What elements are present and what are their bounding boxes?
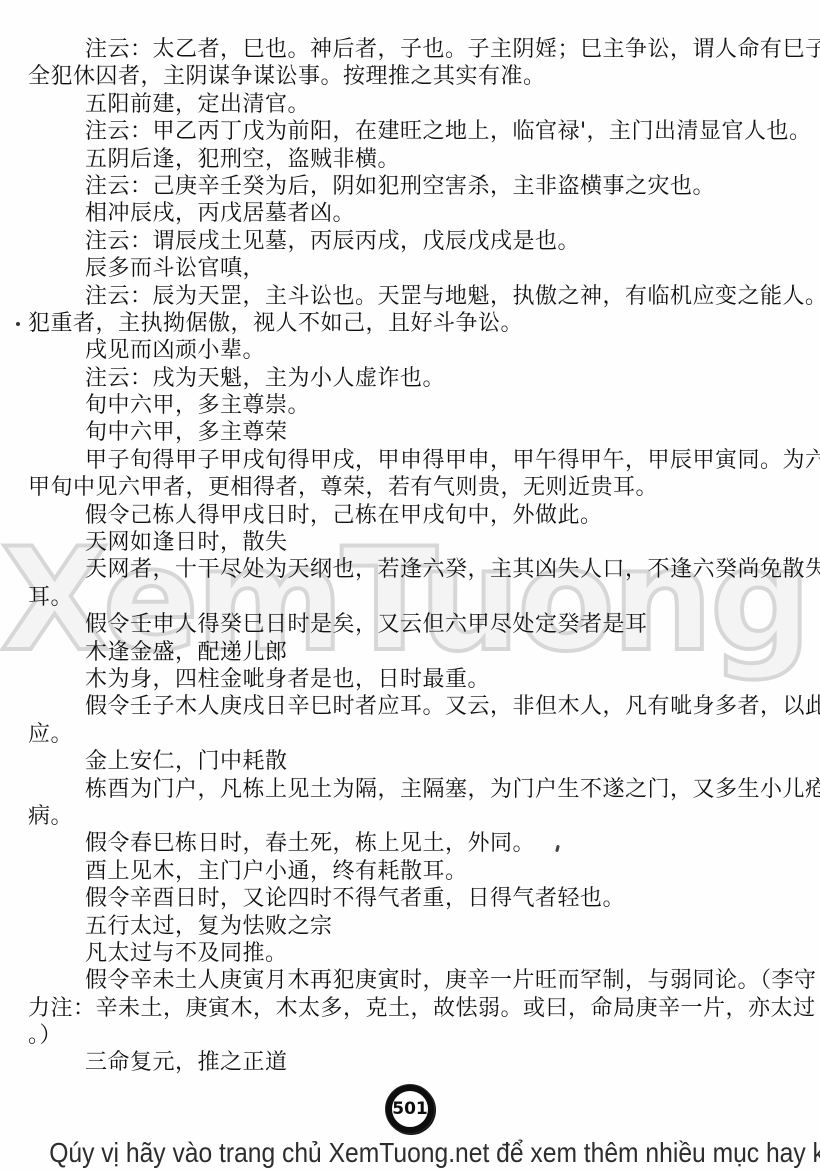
footer-banner-text: Qúy vị hãy vào trang chủ XemTuong.net để… bbox=[49, 1137, 771, 1169]
text-line: 甲旬中见六甲者，更相得者，尊荣，若有气则贵，无则近贵耳。 bbox=[28, 474, 800, 501]
text-line: 金上安仁，门中耗散 bbox=[28, 748, 800, 775]
text-line: 五阴后逢，犯刑空，盗贼非横。 bbox=[28, 146, 800, 173]
text-line: 木为身，四柱金呲身者是也，日时最重。 bbox=[28, 666, 800, 693]
text-line: 旬中六甲，多主尊崇。 bbox=[28, 392, 800, 419]
text-line: 假令壬子木人庚戌日辛巳时者应耳。又云，非但木人，凡有呲身多者，以此 bbox=[28, 693, 800, 720]
body-text-block: 注云：太乙者，巳也。神后者，子也。子主阴婬；巳主争讼，谓人命有巳子全犯休囚者，主… bbox=[28, 36, 800, 1077]
text-line: 假令辛未土人庚寅月木再犯庚寅时，庚辛一片旺而罕制，与弱同论。（李守 bbox=[28, 967, 800, 994]
page-number: 501 bbox=[392, 1099, 428, 1119]
page-number-badge: 501 bbox=[386, 1085, 434, 1133]
text-line: 注云：谓辰戌土见墓，丙辰丙戌，戊辰戊戌是也。 bbox=[28, 228, 800, 255]
text-line: 天网者，十干尽处为天纲也，若逢六癸，主其凶失人口，不逢六癸尚免散失 bbox=[28, 556, 800, 583]
text-line: 假令己栋人得甲戌日时，己栋在甲戌旬中，外做此。 bbox=[28, 502, 800, 529]
text-line: 注云：甲乙丙丁戊为前阳，在建旺之地上，临官禄'，主门出清显官人也。 bbox=[28, 118, 800, 145]
text-line: 三命复元，推之正道 bbox=[28, 1049, 800, 1076]
text-line: 假令春巳栋日时，春土死，栋上见土，外同。 bbox=[28, 830, 800, 857]
text-line: 天网如逢日时，散失 bbox=[28, 529, 800, 556]
text-line: 全犯休囚者，主阴谋争谋讼事。按理推之其实有准。 bbox=[28, 63, 800, 90]
text-line: 假令壬申人得癸巳日时是矣，又云但六甲尽处定癸者是耳 bbox=[28, 611, 800, 638]
text-line: 旬中六甲，多主尊荣 bbox=[28, 419, 800, 446]
text-line: 辰多而斗讼官嗔， bbox=[28, 255, 800, 282]
text-line: 应。 bbox=[28, 721, 800, 748]
text-line: 相冲辰戌，丙戊居墓者凶。 bbox=[28, 200, 800, 227]
text-line: 耳。 bbox=[28, 584, 800, 611]
text-line: 木逢金盛，配递儿郎 bbox=[28, 639, 800, 666]
text-line: 酉上见木，主门户小通，终有耗散耳。 bbox=[28, 858, 800, 885]
text-line: 五行太过，复为怯败之宗 bbox=[28, 913, 800, 940]
text-line: 犯重者，主执拗倨傲，视人不如己，且好斗争讼。 bbox=[28, 310, 800, 337]
text-line: 五阳前建，定出清官。 bbox=[28, 91, 800, 118]
text-line: 注云：己庚辛壬癸为后，阴如犯刑空害杀，主非盗横事之灾也。 bbox=[28, 173, 800, 200]
text-line: 甲子旬得甲子甲戌旬得甲戌，甲申得甲申，甲午得甲午，甲辰甲寅同。为六 bbox=[28, 447, 800, 474]
text-line: 病。 bbox=[28, 803, 800, 830]
text-line: 力注：辛未土，庚寅木，木太多，克土，故怯弱。或曰，命局庚辛一片，亦太过 bbox=[28, 995, 800, 1022]
text-line: 戌见而凶顽小辈。 bbox=[28, 337, 800, 364]
text-line: 栋酉为门户，凡栋上见土为隔，主隔塞，为门户生不遂之门，又多生小儿疮 bbox=[28, 776, 800, 803]
text-line: 注云：戌为天魁，主为小人虚诈也。 bbox=[28, 365, 800, 392]
text-line: 凡太过与不及同推。 bbox=[28, 940, 800, 967]
text-line: 注云：太乙者，巳也。神后者，子也。子主阴婬；巳主争讼，谓人命有巳子 bbox=[28, 36, 800, 63]
text-line: 注云：辰为天罡，主斗讼也。天罡与地魁，执傲之神，有临机应变之能人。 bbox=[28, 283, 800, 310]
scanned-book-page: XemTuong.net 注云：太乙者，巳也。神后者，子也。子主阴婬；巳主争讼，… bbox=[0, 0, 820, 1170]
text-line: 。） bbox=[28, 1022, 800, 1049]
scan-speckle bbox=[16, 322, 20, 326]
text-line: 假令辛酉日时，又论四时不得气者重，日得气者轻也。 bbox=[28, 885, 800, 912]
